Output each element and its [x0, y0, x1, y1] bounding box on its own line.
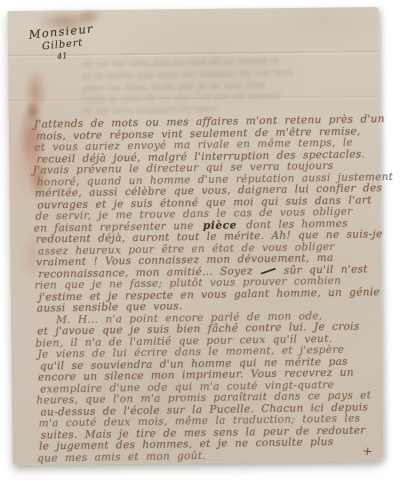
letter-line-fragment: en faisant représenter une: [34, 219, 201, 234]
verso-show-through: ou ne me sera pas un mot de ce temps la …: [82, 54, 367, 118]
fold-crease: [8, 95, 379, 103]
cross-mark: +: [362, 443, 374, 458]
letter-page: Monsieur Gilbert 41 ou ne me sera pas un…: [7, 7, 383, 465]
show-through-line: dans le sens de ce que l'on me dit encor…: [82, 89, 366, 106]
show-through-line: pour les deux mots que je ne sais plus: [82, 78, 366, 95]
collector-annotation: Monsieur Gilbert 41: [28, 21, 96, 63]
faint-pen-mark: –.: [84, 455, 91, 465]
photo-background: Monsieur Gilbert 41 ou ne me sera pas un…: [0, 0, 410, 493]
retraced-word: pièce: [201, 219, 239, 232]
show-through-line: et la lettre que vous me mandez de ces v…: [82, 66, 366, 83]
letter-body: J'attends de mots ou mes affaires m'ont …: [34, 114, 381, 464]
letter-line-fragment: dont les hommes: [239, 217, 348, 231]
show-through-line: ou ne me sera pas un mot de ce temps la: [82, 54, 366, 71]
